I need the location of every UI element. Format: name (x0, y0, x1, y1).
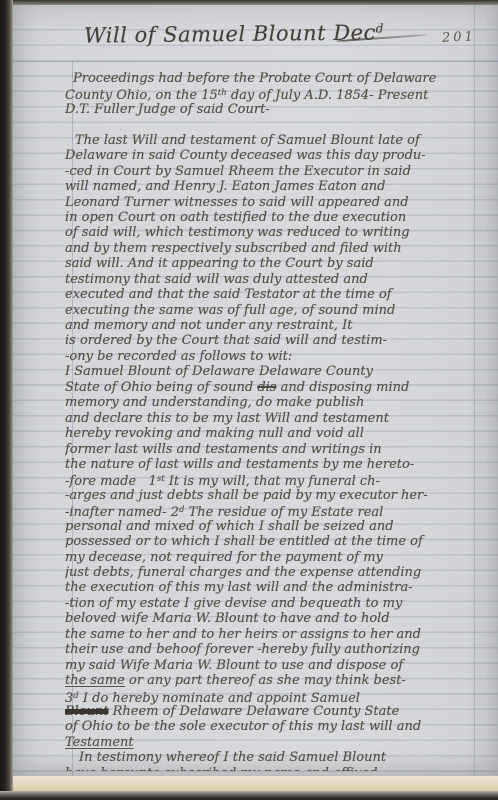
text-segment: D.T. Fuller Judge of said Court- (65, 102, 270, 117)
text-segment: th (218, 88, 227, 98)
text-segment: -arges and just debts shall be paid by m… (65, 488, 428, 503)
text-segment: and disposing mind (276, 380, 409, 395)
text-segment: testimony that said will was duly attest… (65, 272, 368, 287)
probate-ledger-photo: Will of Samuel Blount Decd 201 Proceedin… (0, 0, 498, 800)
text-segment: The last Will and testament of Samuel Bl… (75, 133, 420, 148)
manuscript-line: of Ohio to be the sole executor of this … (65, 719, 465, 734)
text-segment: the nature of last wills and testaments … (65, 457, 414, 472)
manuscript-line: Delaware in said County deceased was thi… (65, 148, 465, 163)
text-segment: and by them respectively subscribed and … (65, 241, 402, 256)
text-segment: their use and behoof forever -hereby ful… (65, 642, 420, 657)
manuscript-line: 3d I do hereby nominate and appoint Samu… (65, 689, 465, 704)
manuscript-line: -ced in Court by Samuel Rheem the Execut… (65, 164, 465, 179)
manuscript-line: beloved wife Maria W. Blount to have and… (65, 611, 465, 626)
manuscript-line: and memory and not under any restraint, … (65, 318, 465, 333)
text-segment: Proceedings had before the Probate Court… (73, 71, 436, 86)
text-segment: the same (65, 673, 125, 688)
text-segment: and declare this to be my last Will and … (65, 411, 389, 426)
text-segment: dis (257, 380, 276, 395)
text-segment: have hereunto subscribed my name and aff… (65, 766, 377, 771)
manuscript-text: Proceedings had before the Probate Court… (65, 71, 465, 771)
manuscript-line: possessed or to which I shall be entitle… (65, 534, 465, 549)
manuscript-line: memory and understanding, do make publis… (65, 395, 465, 410)
manuscript-line: -inafter named- 2d The residue of my Est… (65, 503, 465, 518)
header-rule-line (13, 61, 498, 62)
manuscript-line: hereby revoking and making null and void… (65, 426, 465, 441)
manuscript-line: said will. And it appearing to the Court… (65, 256, 465, 271)
manuscript-line: my decease, not required for the payment… (65, 550, 465, 565)
manuscript-line: my said Wife Maria W. Blount to use and … (65, 658, 465, 673)
text-segment: Leonard Turner witnesses to said will ap… (65, 195, 409, 210)
manuscript-line: and by them respectively subscribed and … (65, 241, 465, 256)
manuscript-line: Leonard Turner witnesses to said will ap… (65, 195, 465, 210)
manuscript-line: of said will, which testimony was reduce… (65, 225, 465, 240)
text-segment: former last wills and testaments and wri… (65, 442, 382, 457)
manuscript-line: Testament (65, 735, 465, 750)
text-segment: of Ohio to be the sole executor of this … (65, 719, 421, 734)
text-segment: In testimony whereof I the said Samuel B… (79, 750, 386, 765)
manuscript-line: have hereunto subscribed my name and aff… (65, 766, 465, 771)
manuscript-line: D.T. Fuller Judge of said Court- (65, 102, 465, 117)
text-segment: is ordered by the Court that said will a… (65, 333, 387, 348)
book-binding-edge (0, 0, 13, 792)
text-segment: personal and mixed of which I shall be s… (65, 519, 394, 534)
manuscript-line: the execution of this my last will and t… (65, 580, 465, 595)
manuscript-line: executing the same was of full age, of s… (65, 303, 465, 318)
text-segment: st (157, 474, 165, 484)
text-segment: will named, and Henry J. Eaton James Eat… (65, 179, 385, 194)
text-segment: -tion of my estate I give devise and beq… (65, 596, 402, 611)
manuscript-line: Proceedings had before the Probate Court… (65, 71, 465, 86)
text-segment: memory and understanding, do make publis… (65, 395, 364, 410)
text-segment: executing the same was of full age, of s… (65, 303, 395, 318)
text-segment: I Samuel Blount of Delaware Delaware Cou… (65, 364, 373, 379)
text-segment: said will. And it appearing to the Court… (65, 256, 374, 271)
manuscript-line: the same or any part thereof as she may … (65, 673, 465, 688)
page-right-crease (474, 5, 475, 776)
manuscript-line: the same to her and to her heirs or assi… (65, 627, 465, 642)
manuscript-line: the nature of last wills and testaments … (65, 457, 465, 472)
page-title: Will of Samuel Blount Decd (84, 20, 384, 47)
manuscript-line: The last Will and testament of Samuel Bl… (65, 133, 465, 148)
text-segment: and memory and not under any restraint, … (65, 318, 352, 333)
text-segment: Blount (65, 704, 109, 719)
manuscript-line: County Ohio, on the 15th day of July A.D… (65, 86, 465, 101)
text-segment: possessed or to which I shall be entitle… (65, 534, 423, 549)
text-segment: just debts, funeral charges and the expe… (65, 565, 421, 580)
text-segment: -ced in Court by Samuel Rheem the Execut… (65, 164, 411, 179)
manuscript-line: State of Ohio being of sound dis and dis… (65, 380, 465, 395)
text-segment: -ony be recorded as follows to wit: (65, 349, 292, 364)
manuscript-line: executed and that the said Testator at t… (65, 287, 465, 302)
manuscript-line: testimony that said will was duly attest… (65, 272, 465, 287)
text-segment: the same to her and to her heirs or assi… (65, 627, 421, 642)
text-segment: my decease, not required for the payment… (65, 550, 383, 565)
manuscript-line: In testimony whereof I the said Samuel B… (65, 750, 465, 765)
manuscript-line: personal and mixed of which I shall be s… (65, 519, 465, 534)
manuscript-line: -fore made 1st It is my will, that my fu… (65, 472, 465, 487)
text-segment: the execution of this my last will and t… (65, 580, 413, 595)
under-page-edge (13, 776, 498, 791)
manuscript-line: former last wills and testaments and wri… (65, 442, 465, 457)
text-segment: State of Ohio being of sound (65, 380, 257, 395)
text-segment: Delaware in said County deceased was thi… (65, 148, 426, 163)
text-segment: beloved wife Maria W. Blount to have and… (65, 611, 390, 626)
manuscript-line: just debts, funeral charges and the expe… (65, 565, 465, 580)
manuscript-line: in open Court on oath testified to the d… (65, 210, 465, 225)
text-segment: of said will, which testimony was reduce… (65, 225, 410, 240)
text-segment: Rheem of Delaware Delaware County State (109, 704, 400, 719)
text-segment: Testament (65, 735, 134, 750)
text-segment: in open Court on oath testified to the d… (65, 210, 406, 225)
text-segment: Will of Samuel Blount Dec (84, 21, 376, 48)
text-segment: or any part thereof as she may think bes… (125, 673, 406, 688)
manuscript-line: will named, and Henry J. Eaton James Eat… (65, 179, 465, 194)
manuscript-line: and declare this to be my last Will and … (65, 411, 465, 426)
manuscript-line: -tion of my estate I give devise and beq… (65, 596, 465, 611)
text-segment: d (376, 21, 384, 35)
manuscript-line: -ony be recorded as follows to wit: (65, 349, 465, 364)
text-segment: executed and that the said Testator at t… (65, 287, 392, 302)
manuscript-line: I Samuel Blount of Delaware Delaware Cou… (65, 364, 465, 379)
manuscript-line: is ordered by the Court that said will a… (65, 333, 465, 348)
page-number: 201 (442, 29, 477, 46)
book-bottom-edge (0, 791, 498, 800)
text-segment: my said Wife Maria W. Blount to use and … (65, 658, 403, 673)
manuscript-line: -arges and just debts shall be paid by m… (65, 488, 465, 503)
manuscript-line: Blount Rheem of Delaware Delaware County… (65, 704, 465, 719)
text-segment: hereby revoking and making null and void… (65, 426, 364, 441)
manuscript-line: their use and behoof forever -hereby ful… (65, 642, 465, 657)
